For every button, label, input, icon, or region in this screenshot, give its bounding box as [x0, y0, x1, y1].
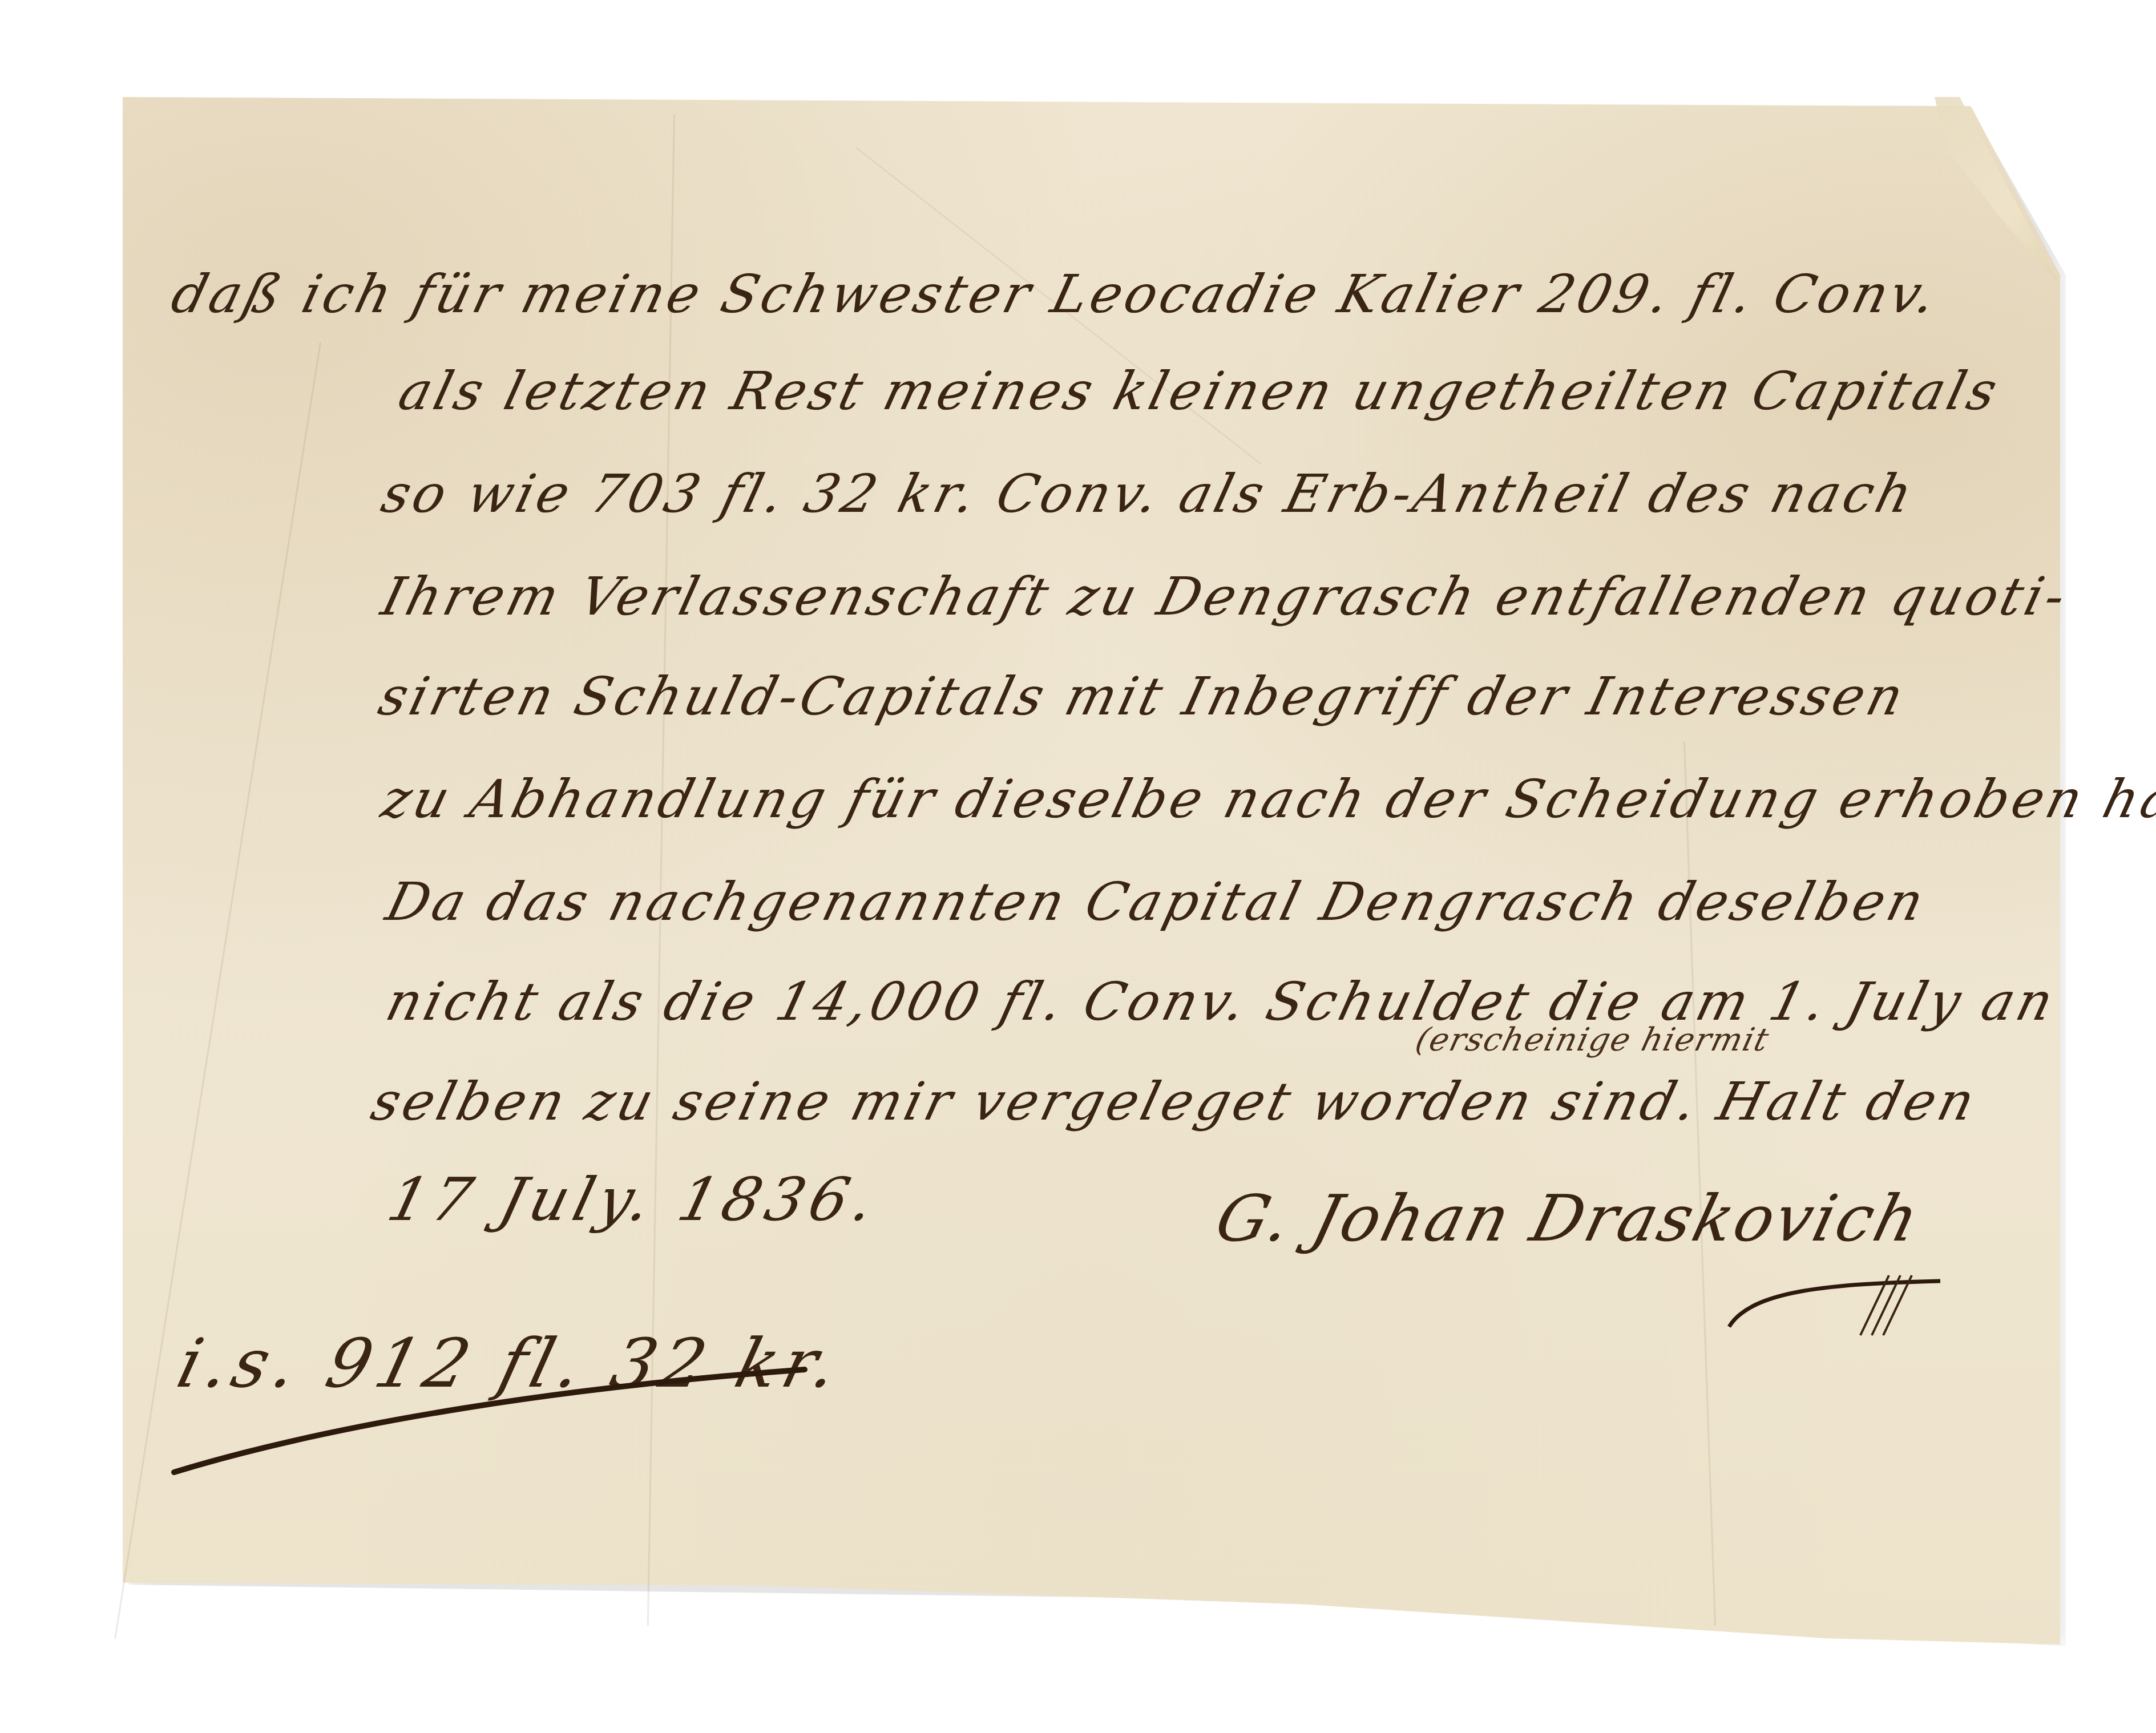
body-line-2: als letzten Rest meines kleinen ungethei…	[394, 365, 2005, 418]
signature-flourish-icon	[1718, 1273, 1946, 1341]
scan-background: daß ich für meine Schwester Leocadie Kal…	[0, 0, 2156, 1733]
body-line-6: zu Abhandlung für dieselbe nach der Sche…	[377, 773, 2156, 826]
body-line-1: daß ich für meine Schwester Leocadie Kal…	[167, 268, 1944, 321]
body-line-3: so wie 703 fl. 32 kr. Conv. als Erb-Anth…	[377, 468, 1920, 520]
date-line: 17 July. 1836.	[382, 1170, 886, 1229]
body-line-4-text: Ihrem Verlassenschaft zu Dengrasch entfa…	[376, 566, 2074, 627]
body-line-8: nicht als die 14,000 fl. Conv. Schuldet …	[381, 976, 2061, 1028]
body-line-9: selben zu seine mir vergeleget worden si…	[366, 1076, 1983, 1128]
total-underline	[171, 1358, 810, 1484]
body-line-5: sirten Schuld-Capitals mit Inbegriff der…	[374, 670, 1912, 723]
body-line-4: Ihrem Verlassenschaft zu Dengrasch entfa…	[377, 571, 2074, 623]
signature: G. Johan Draskovich	[1210, 1187, 1927, 1251]
interlinear-insertion: (erscheinige hiermit	[1412, 1024, 1773, 1056]
body-line-7: Da das nachgenannten Capital Dengrasch d…	[381, 876, 1932, 928]
